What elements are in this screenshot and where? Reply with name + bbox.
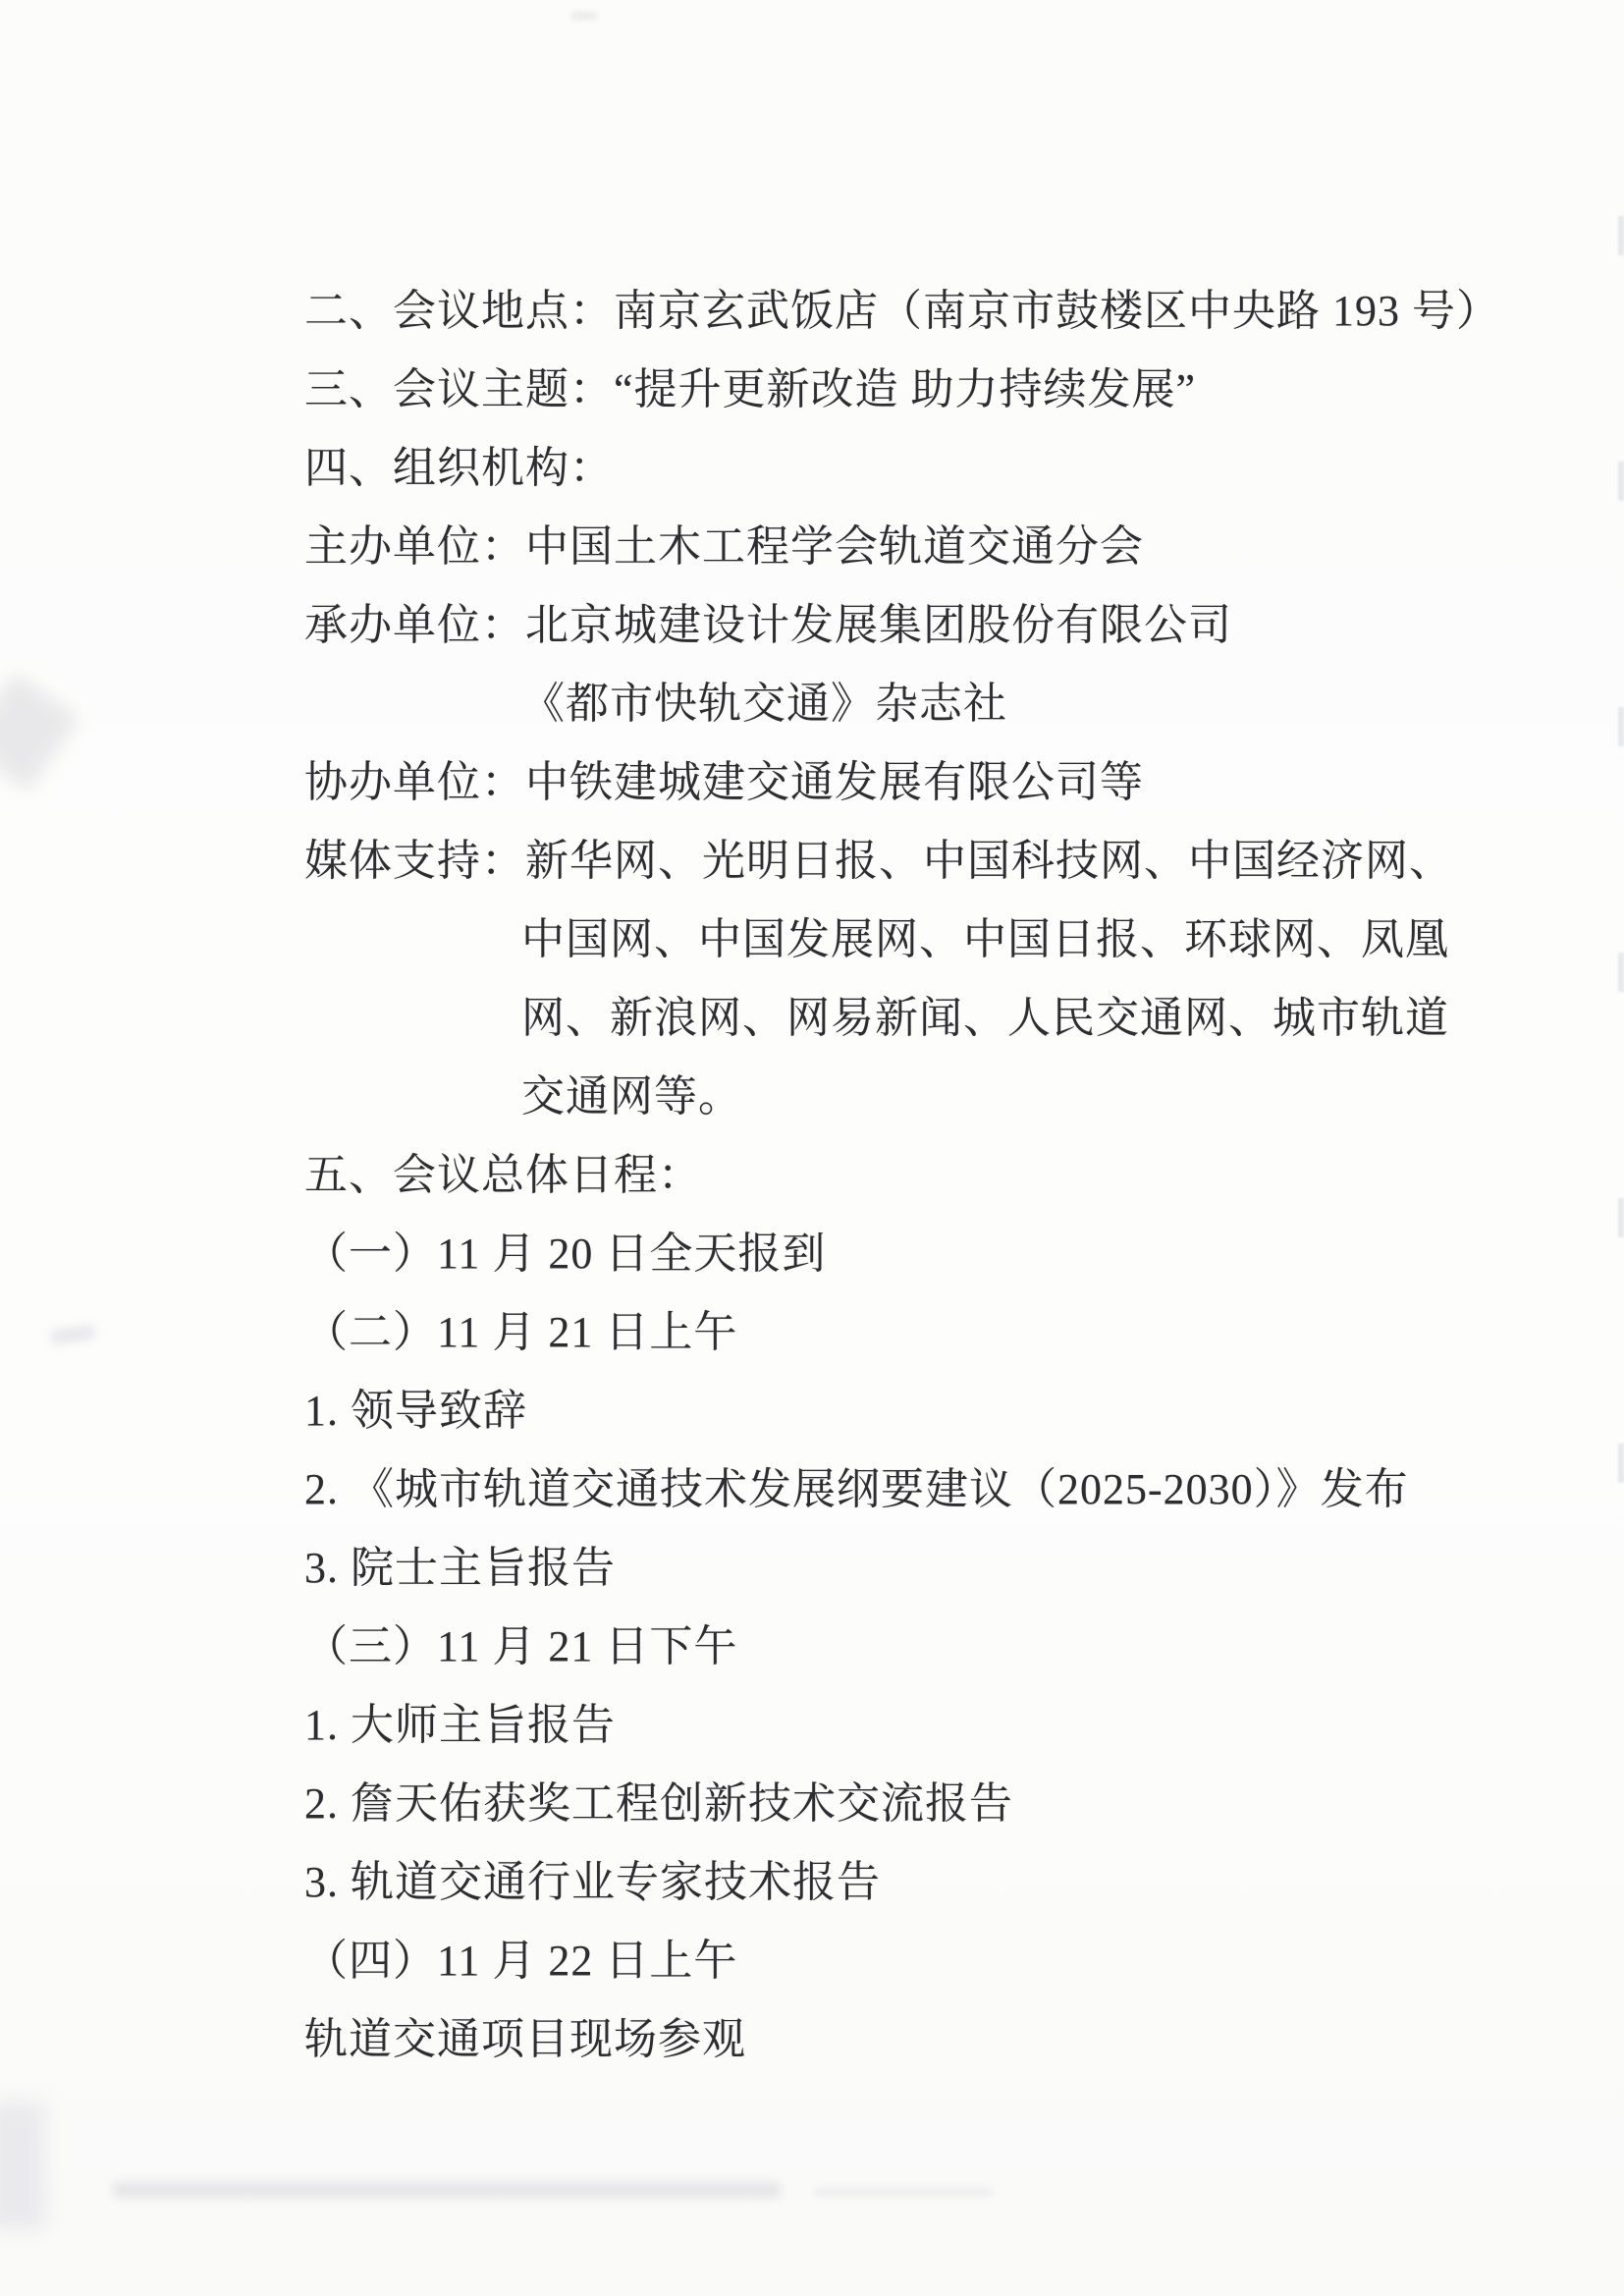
line-agenda-day1-checkin: （一）11 月 20 日全天报到 [304, 1215, 1428, 1293]
line-host-unit: 主办单位：中国土木工程学会轨道交通分会 [304, 508, 1428, 586]
scan-artifact [815, 2188, 992, 2196]
line-organizer-unit: 承办单位：北京城建设计发展集团股份有限公司 [304, 586, 1428, 665]
document-body: 二、会议地点：南京玄武饭店（南京市鼓楼区中央路 193 号） 三、会议主题：“提… [304, 272, 1428, 2079]
line-agenda-item-master: 1. 大师主旨报告 [304, 1686, 1428, 1765]
line-section-2-location: 二、会议地点：南京玄武饭店（南京市鼓楼区中央路 193 号） [304, 272, 1428, 351]
line-agenda-day3-morning: （四）11 月 22 日上午 [304, 1922, 1428, 2000]
scan-artifact [0, 673, 80, 791]
line-agenda-item-speech: 1. 领导致辞 [304, 1372, 1428, 1450]
line-section-5-agenda: 五、会议总体日程： [304, 1136, 1428, 1215]
line-media-support-cont-3: 交通网等。 [304, 1058, 1428, 1136]
line-agenda-item-award: 2. 詹天佑获奖工程创新技术交流报告 [304, 1765, 1428, 1843]
line-section-3-theme: 三、会议主题：“提升更新改造 助力持续发展” [304, 351, 1428, 429]
line-agenda-site-visit: 轨道交通项目现场参观 [304, 2000, 1428, 2079]
line-agenda-item-release: 2. 《城市轨道交通技术发展纲要建议（2025-2030）》发布 [304, 1450, 1428, 1529]
line-agenda-day2-morning: （二）11 月 21 日上午 [304, 1293, 1428, 1372]
scan-artifact [113, 2182, 781, 2198]
line-agenda-item-expert: 3. 轨道交通行业专家技术报告 [304, 1843, 1428, 1922]
line-section-4-organization: 四、组织机构： [304, 429, 1428, 508]
scan-artifact [0, 2102, 45, 2229]
document-page: 二、会议地点：南京玄武饭店（南京市鼓楼区中央路 193 号） 三、会议主题：“提… [0, 0, 1624, 2296]
line-media-support-cont-2: 网、新浪网、网易新闻、人民交通网、城市轨道 [304, 979, 1428, 1058]
scan-artifact [571, 12, 597, 20]
line-agenda-item-academician: 3. 院士主旨报告 [304, 1529, 1428, 1608]
scan-artifact [1618, 216, 1624, 1689]
line-agenda-day2-afternoon: （三）11 月 21 日下午 [304, 1608, 1428, 1686]
line-organizer-unit-cont: 《都市快轨交通》杂志社 [304, 665, 1428, 743]
scan-artifact [50, 1325, 95, 1344]
line-co-organizer-unit: 协办单位：中铁建城建交通发展有限公司等 [304, 743, 1428, 822]
line-media-support-cont-1: 中国网、中国发展网、中国日报、环球网、凤凰 [304, 901, 1428, 979]
line-media-support: 媒体支持：新华网、光明日报、中国科技网、中国经济网、 [304, 822, 1428, 901]
